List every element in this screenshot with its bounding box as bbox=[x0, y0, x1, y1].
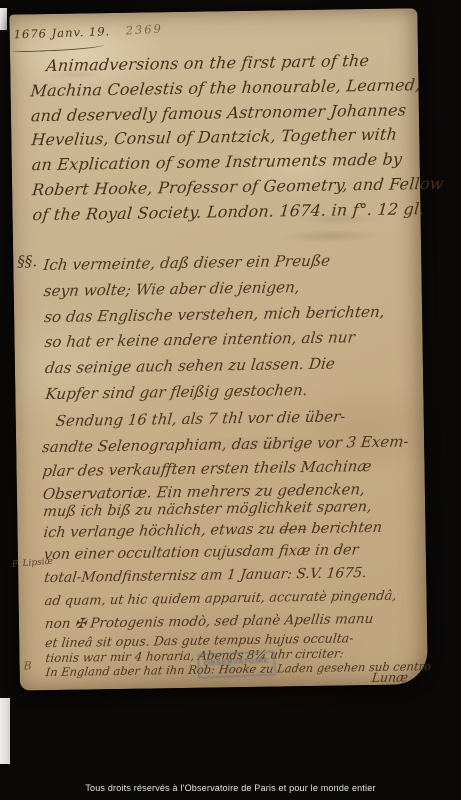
german-paragraph-1: Ich vermeinte, daß dieser ein Preuße sey… bbox=[43, 248, 386, 408]
paper-strip-bottom bbox=[0, 698, 10, 764]
title-heading: Animadversions on the first part of the … bbox=[30, 48, 444, 228]
manuscript-page: 1676 Janv. 19. 2369 Animadversions on th… bbox=[9, 8, 428, 690]
margin-note: F. Lipsiæ bbox=[12, 557, 54, 570]
body-line: ad quam, ut hic quidem apparuit, accurat… bbox=[44, 589, 397, 610]
photo-backdrop: 1676 Janv. 19. 2369 Animadversions on th… bbox=[0, 0, 461, 800]
body-line: von einer occultation cujusdam fixæ in d… bbox=[43, 542, 359, 563]
german-paragraph-2: Sendung 16 thl, als 7 thl vor die über- … bbox=[9, 8, 417, 14]
library-stamp: OBSERVATOIRE N° … bbox=[197, 651, 276, 679]
paragraph-mark: §§. bbox=[17, 252, 37, 270]
body-line: Kupfer sind gar fleißig gestochen. bbox=[44, 377, 387, 408]
paper-strip-top bbox=[0, 8, 7, 30]
footer-caption: Tous droits réservés à l'Observatoire de… bbox=[0, 783, 461, 793]
body-line: sandte Selenographiam, das übrige vor 3 … bbox=[41, 432, 409, 456]
body-line: plar des verkaufften ersten theils Machi… bbox=[42, 457, 373, 480]
corner-mark: B bbox=[24, 659, 32, 672]
accession-number: 2369 bbox=[125, 22, 163, 38]
body-line: Lunæ bbox=[371, 669, 409, 685]
body-line: Sendung 16 thl, als 7 thl vor die über- bbox=[41, 407, 347, 430]
body-line: total-Mondfinsternisz am 1 Januar: S.V. … bbox=[43, 565, 367, 586]
date-annotation: 1676 Janv. 19. bbox=[13, 24, 110, 41]
body-line: non ✠ Protogenis modò, sed planè Apellis… bbox=[44, 611, 374, 632]
body-line: ich verlange höchlich, etwas zu d̶e̶n̶ b… bbox=[43, 520, 383, 541]
stamp-line: N° … bbox=[202, 665, 272, 675]
date-underline-flourish bbox=[12, 42, 104, 53]
